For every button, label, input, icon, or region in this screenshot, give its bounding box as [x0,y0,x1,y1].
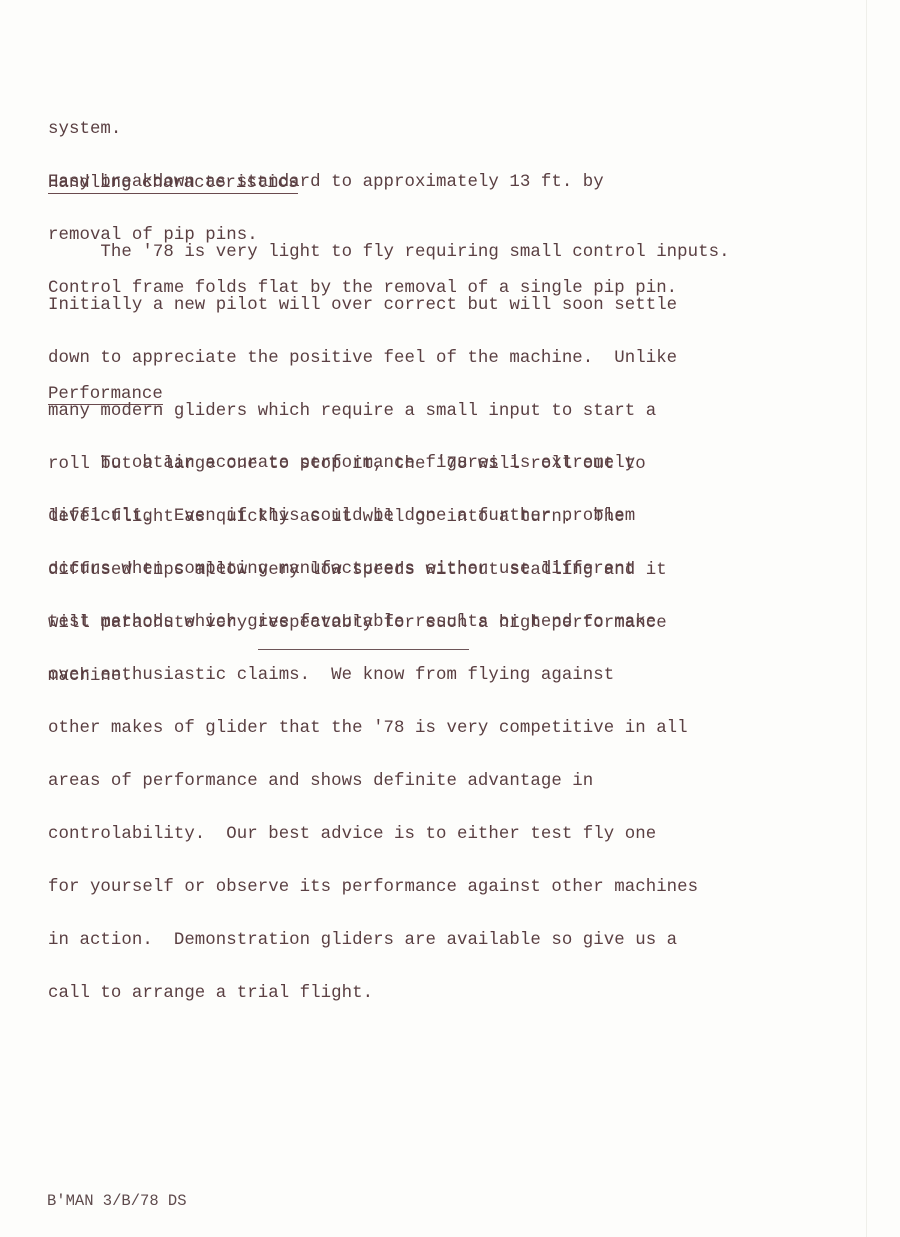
text-line: call to arrange a trial flight. [48,985,698,1003]
section-heading-performance: Performance [48,386,163,405]
text-line: many modern gliders which require a smal… [48,403,730,421]
text-line: controlability. Our best advice is to ei… [48,826,698,844]
text-line: down to appreciate the positive feel of … [48,350,730,368]
text-line: Initially a new pilot will over correct … [48,297,730,315]
text-line: in action. Demonstration gliders are ava… [48,932,698,950]
text-line: The '78 is very light to fly requiring s… [48,244,730,262]
text-line: areas of performance and shows definite … [48,773,698,791]
text-line: over enthusiastic claims. We know from f… [48,667,698,685]
performance-paragraph: To obtain accurate performance figures i… [48,420,698,1020]
page-edge [866,0,867,1237]
end-divider [258,649,469,650]
document-reference: B'MAN 3/B/78 DS [47,1192,187,1210]
text-line: test methods which give favourable resul… [48,614,698,632]
text-line: other makes of glider that the '78 is ve… [48,720,698,738]
text-line: difficult. Even if this could be done a … [48,508,698,526]
text-line: To obtain accurate performance figures i… [48,455,698,473]
text-line: for yourself or observe its performance … [48,879,698,897]
section-heading-handling: Handling characteristics [48,175,298,194]
text-line: occurs when competing manufacturers eith… [48,561,698,579]
text-line: system. [48,121,677,139]
